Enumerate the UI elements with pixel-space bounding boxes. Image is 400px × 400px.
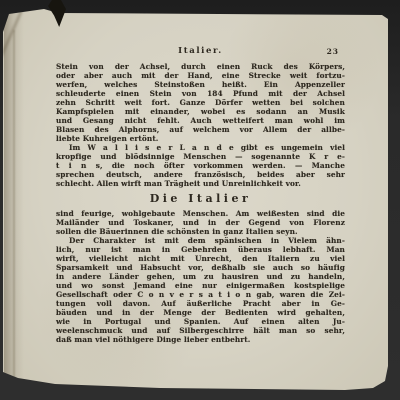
text-line: daß man viel nöthigere Dinge lieber entb…: [56, 335, 345, 344]
text-line: tungen voll davon. Auf äußerliche Pracht…: [56, 299, 345, 308]
body-after-heading: sind feurige, wohlgebaute Menschen. Am w…: [56, 209, 345, 344]
paragraph: Der Charakter ist mit dem spänischen in …: [56, 236, 345, 344]
section-heading: Die Italier: [56, 192, 345, 205]
text-line: schleuderte einen Stein von 184 Pfund mi…: [56, 89, 345, 98]
text-column: Italier. 23 Stein von der Achsel, durch …: [56, 46, 345, 344]
text-line: Mailänder und Toskaner, und in der Gegen…: [56, 218, 345, 227]
text-line: wie in Portugal und Spanien. Auf einen a…: [56, 317, 345, 326]
text-line: liebte Kuhreigen ertönt.: [56, 134, 345, 143]
text-line: Blasen des Alphorns, auf welchem vor All…: [56, 125, 345, 134]
text-line: lich, nur ist man in Gebehrden überaus l…: [56, 245, 345, 254]
body-before-heading: Stein von der Achsel, durch einen Ruck d…: [56, 62, 345, 188]
running-header: Italier. 23: [56, 46, 345, 59]
text-line: kropfige und blödsinnige Menschen — soge…: [56, 152, 345, 161]
header-title: Italier.: [56, 46, 345, 56]
text-line: zehn Schritt weit fort. Ganze Dörfer wet…: [56, 98, 345, 107]
text-line: bäuden und in der Menge der Bedienten wi…: [56, 308, 345, 317]
text-line: oder aber auch mit der Hand, eine Streck…: [56, 71, 345, 80]
text-line: werfen, welches Steinstoßen heißt. Ein A…: [56, 80, 345, 89]
text-line: sind feurige, wohlgebaute Menschen. Am w…: [56, 209, 345, 218]
text-line: in andere Länder gehen, um zu hausiren u…: [56, 272, 345, 281]
text-line: Gesellschaft oder C o n v e r s a t i o …: [56, 290, 345, 299]
paragraph: Stein von der Achsel, durch einen Ruck d…: [56, 62, 345, 143]
text-line: Stein von der Achsel, durch einen Ruck d…: [56, 62, 345, 71]
text-line: sollen die Bäuerinnen die schönsten in g…: [56, 227, 345, 236]
text-line: Der Charakter ist mit dem spänischen in …: [56, 236, 345, 245]
page-number: 23: [327, 47, 339, 56]
text-line: Sparsamkeit und Habsucht vor, deßhalb si…: [56, 263, 345, 272]
text-line: wirft, vielleicht nicht mit Unrecht, den…: [56, 254, 345, 263]
text-line: Im W a l l i s e r L a n d e gibt es ung…: [56, 143, 345, 152]
text-line: t i n s, die noch öfter vorkommen werden…: [56, 161, 345, 170]
paragraph: Im W a l l i s e r L a n d e gibt es ung…: [56, 143, 345, 188]
text-line: Kampfspielen mit einander, wobei es soda…: [56, 107, 345, 116]
text-line: schlecht. Allen wirft man Trägheit und U…: [56, 179, 345, 188]
paragraph: sind feurige, wohlgebaute Menschen. Am w…: [56, 209, 345, 236]
text-line: weelenschmuck und auf Silbergeschirre hä…: [56, 326, 345, 335]
text-line: und Gesang nicht fehlt. Auch wetteifert …: [56, 116, 345, 125]
binding-crease: [13, 30, 15, 380]
text-line: und wo sonst Jemand eine nur einigermaße…: [56, 281, 345, 290]
text-line: sprechen deutsch, andere französisch, be…: [56, 170, 345, 179]
